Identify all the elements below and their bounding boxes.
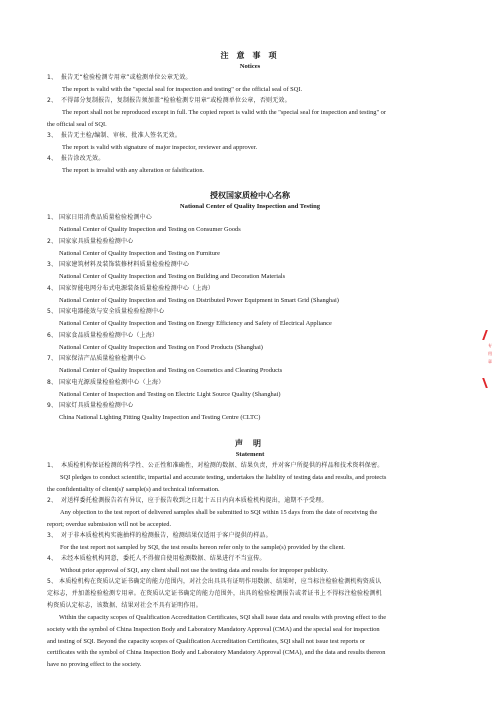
statement-2-en: Any objection to the test report of deli…: [60, 509, 377, 517]
notice-4-en: The report is invalid with any alteratio…: [62, 167, 204, 175]
seal-arc-bottom: [482, 378, 492, 388]
center-4-en: National Center of Quality Inspection an…: [59, 297, 339, 305]
center-5-cn: 国家电器能效与安全质量检验检测中心: [59, 308, 164, 316]
center-3-en: National Center of Quality Inspection an…: [59, 273, 285, 281]
centers-title-cn: 授权国家质检中心名称: [0, 190, 500, 201]
statement-5-en: Within the capacity scopes of Qualificat…: [59, 614, 386, 622]
center-5-en: National Center of Quality Inspection an…: [59, 320, 332, 328]
center-9-num: 9、: [47, 402, 57, 410]
notice-1-cn: 报告无“检验检测专用章”或检测单位公章无效。: [61, 74, 192, 82]
center-3-cn: 国家建筑材料及装饰装修材料质量检验检测中心: [59, 261, 189, 269]
notice-4-cn: 报告涂改无效。: [61, 155, 104, 163]
center-7-en: National Center of Quality Inspection an…: [59, 367, 282, 375]
notice-2-en2: the official seal of SQI.: [47, 121, 107, 129]
center-4-cn: 国家智能电网分布式电源装备质量检验检测中心（上海）: [59, 285, 214, 293]
statement-2-cn: 对送样委托检测报告若有异议，应于报告收到之日起十五日内向本质检机构提出，逾期不予…: [61, 497, 328, 505]
statement-1-en: SQI pledges to conduct scientific, impar…: [60, 474, 386, 482]
notices-title-cn: 注 意 事 项: [0, 50, 500, 61]
center-3-num: 3、: [47, 261, 57, 269]
statement-5-cn2: 定标志，并加盖检验检测专用章。在资质认定证书确定的能力范围外，出具的检验检测报告…: [47, 590, 382, 598]
center-9-cn: 国家灯具质量检验检测中心: [59, 402, 133, 410]
center-1-cn: 国家日用消费品质量检验检测中心: [59, 214, 152, 222]
statement-3-num: 3、: [47, 532, 57, 540]
center-1-num: 1、: [47, 214, 57, 222]
statement-5-num: 5、: [47, 578, 57, 586]
statement-5-en3: and testing of SQI. Beyond the capacity …: [47, 638, 365, 646]
center-4-num: 4、: [47, 285, 57, 293]
statement-5-cn: 本质检机构在资质认定证书确定的能力范围内，对社会出具具有证明作用数据、结果时，应…: [59, 578, 381, 586]
notice-3-cn: 报告无主检/编制、审核、批准人签名无效。: [61, 132, 181, 140]
notice-1-num: 1、: [47, 74, 57, 82]
center-2-cn: 国家家具质量检验检测中心: [59, 238, 133, 246]
statement-3-en: For the test report not sampled by SQI, …: [60, 544, 345, 552]
center-8-cn: 国家电光源质量检验检测中心（上海）: [59, 379, 164, 387]
statement-2-num: 2、: [47, 497, 57, 505]
center-6-num: 6、: [47, 332, 57, 340]
notice-4-num: 4、: [47, 155, 57, 163]
notices-title-en: Notices: [0, 63, 500, 70]
statement-title-cn: 声 明: [0, 438, 500, 449]
notice-1-en: The report is valid with the "special se…: [62, 86, 302, 94]
statement-4-num: 4、: [47, 555, 57, 563]
seal-arc-top: [482, 330, 492, 340]
notice-3-num: 3、: [47, 132, 57, 140]
statement-5-en2: society with the symbol of China Inspect…: [47, 626, 380, 634]
statement-1-cn: 本质检机构保证检测的科学性、公正性和准确性，对检测的数据、结果负责，并对客户所提…: [61, 462, 383, 470]
statement-1-en2: the confidentiality of client(s)' sample…: [47, 486, 220, 494]
statement-1-num: 1、: [47, 462, 57, 470]
center-8-num: 8、: [47, 379, 57, 387]
seal-stamp: 专用章: [484, 330, 498, 390]
statement-4-en: Without prior approval of SQI, any clien…: [60, 567, 328, 575]
center-2-num: 2、: [47, 238, 57, 246]
center-2-en: National Center of Quality Inspection an…: [59, 250, 220, 258]
statement-5-en5: have no proving effect to the society.: [47, 661, 141, 669]
center-8-en: National Center of Inspection and Testin…: [59, 391, 280, 399]
seal-text: 专用章: [488, 342, 494, 366]
centers-title-en: National Center of Quality Inspection an…: [0, 203, 500, 210]
notice-2-cn: 不得部分复制报告，复制报告须加盖“检验检测专用章”或检测单位公章，否则无效。: [61, 97, 291, 105]
center-1-en: National Center of Quality Inspection an…: [59, 226, 241, 234]
statement-3-cn: 对于非本质检机构实施抽样的检测报告，检测结果仅适用于客户提供的样品。: [61, 532, 272, 540]
center-7-cn: 国家保洁产品质量检验检测中心: [59, 355, 146, 363]
document-page: 注 意 事 项 Notices 1、 报告无“检验检测专用章”或检测单位公章无效…: [0, 0, 500, 707]
statement-5-en4: certificates with the symbol of China In…: [47, 649, 385, 657]
statement-title-en: Statement: [0, 451, 500, 458]
notice-2-num: 2、: [47, 97, 57, 105]
center-6-cn: 国家食品质量检验检测中心（上海）: [59, 332, 158, 340]
center-6-en: National Center of Quality Inspection an…: [59, 344, 263, 352]
center-9-en: China National Lighting Fitting Quality …: [59, 414, 260, 422]
center-5-num: 5、: [47, 308, 57, 316]
statement-2-en2: report; overdue submission will not be a…: [47, 521, 171, 529]
statement-5-cn3: 构资质认定标志，该数据、结果对社会不具有证明作用。: [47, 602, 202, 610]
statement-4-cn: 未经本质检机构同意，委托人不得擅自使用检测数据、结果进行不当宣传。: [61, 555, 266, 563]
notice-3-en: The report is valid with signature of ma…: [62, 144, 257, 152]
center-7-num: 7、: [47, 355, 57, 363]
notice-2-en: The report shall not be reproduced excep…: [62, 109, 386, 117]
